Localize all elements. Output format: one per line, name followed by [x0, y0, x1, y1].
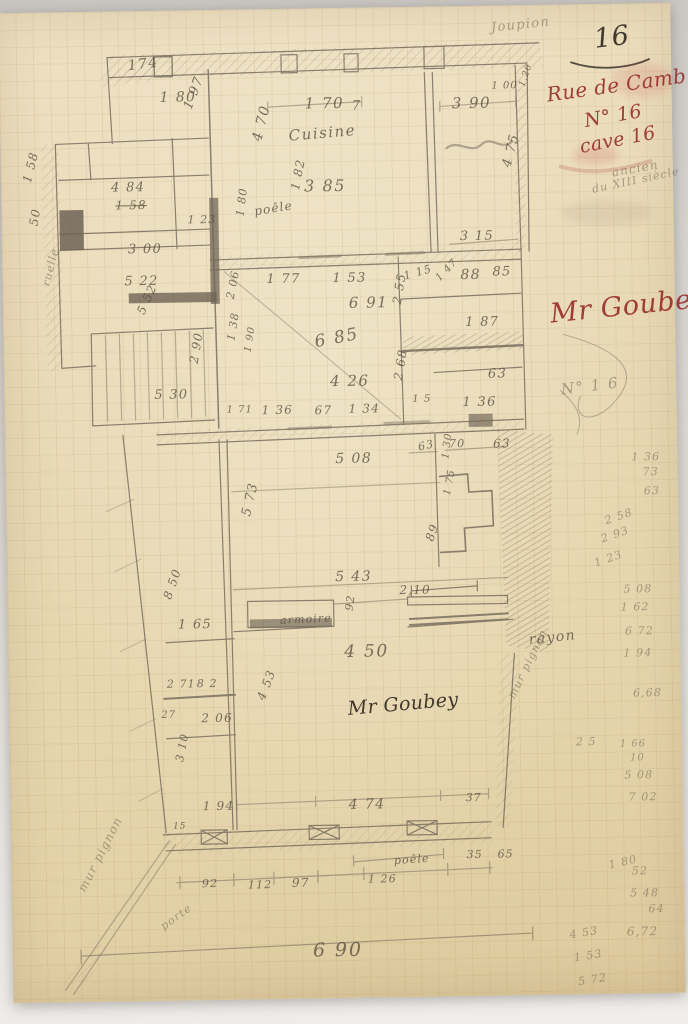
plan_measurements-label: 5 08 [335, 452, 372, 467]
plan_measurements-label: 1 5 [412, 395, 431, 405]
plan_measurements-label: 3 10 [174, 732, 190, 762]
plan_measurements-label: 1 30 [441, 432, 454, 459]
margin_calcs-label: 73 [642, 466, 658, 477]
margin_calcs-label: 52 [632, 865, 648, 876]
plan_measurements-label: 67 [314, 404, 332, 416]
plan_measurements-label: 4 53 [255, 668, 278, 702]
plan_measurements-label: 1 15 [402, 263, 433, 281]
plan_measurements-label: 174 [127, 56, 159, 74]
plan_measurements-label: 88 [460, 268, 481, 282]
plan_measurements-label: 7 [352, 100, 362, 113]
plan_measurements-label: 50 [28, 207, 43, 226]
plan_measurements-label: 2 90 [188, 331, 205, 364]
plan_measurements-label: 3 00 [128, 243, 162, 257]
margin_calcs-label: 7 02 [629, 791, 658, 802]
plan_measurements-label: 65 [497, 848, 513, 859]
plan_measurements-label: 1 77 [266, 273, 300, 287]
plan_measurements-label: 6 90 [313, 941, 363, 961]
top-pencil-note: Joupion [490, 16, 550, 35]
plan_measurements-label: 1 58 [115, 199, 147, 211]
plan-annotations-layer: Joupion16Rue de CambN° 16cave 16anciendu… [0, 3, 686, 1003]
plan_measurements-label: 63 [488, 367, 507, 380]
plan_measurements-label: 63 [493, 437, 511, 449]
plan_measurements-label: 5 30 [154, 388, 188, 402]
plan_measurements-label: 1 97 [182, 75, 206, 112]
margin_calcs-label: 5 08 [623, 583, 652, 594]
margin_calcs-label: 10 [630, 753, 645, 763]
plan_measurements-label: 1 47 [434, 258, 459, 284]
plan_measurements-label: 1 36 [261, 404, 293, 416]
door-label: porte [159, 902, 194, 932]
plan_measurements-label: 1 70 [305, 96, 345, 112]
plan_measurements-label: 3 90 [452, 96, 492, 112]
plan_measurements-label: 4 26 [330, 374, 370, 390]
street-name-note: Rue de Camb [545, 65, 687, 104]
margin_calcs-label: 5 48 [630, 887, 659, 898]
plan_measurements-label: 1 34 [348, 402, 380, 414]
stove-label: poêle [253, 199, 293, 217]
plan_measurements-label: 2 06 [201, 712, 233, 724]
plan_measurements-label: 89 [424, 522, 441, 543]
margin_calcs-label: 64 [648, 903, 664, 914]
plan_measurements-label: 1 80 [234, 187, 248, 217]
plan_measurements-label: 5 43 [335, 570, 372, 585]
plan_measurements-label: 37 [466, 792, 482, 803]
plan_measurements-label: 1 90 [244, 326, 258, 354]
plan_measurements-label: 85 [492, 265, 511, 278]
gable-wall-label-left: mur pignon [76, 815, 124, 894]
plan_measurements-label: 3 15 [460, 230, 494, 244]
margin_calcs-label: 6,72 [627, 925, 659, 937]
plan_measurements-label: 1 75 [443, 469, 458, 497]
plan_measurements-label: 2,10 [399, 584, 431, 596]
plan_measurements-label: 2 71 [167, 678, 196, 689]
plan_measurements-label: 2 68 [392, 348, 409, 381]
margin_calcs-label: 1 36 [631, 451, 660, 462]
owner-name-note: Mr Goube [549, 286, 688, 327]
margin_calcs-label: 1 62 [621, 601, 650, 612]
page-number: 16 [593, 22, 631, 53]
plan_measurements-label: 92 [344, 594, 357, 611]
margin_calcs-label: 5 72 [577, 972, 607, 987]
margin_calcs-label: 6 72 [625, 625, 654, 636]
plan_measurements-label: 6 91 [349, 295, 389, 311]
margin_calcs-label: 2 93 [600, 525, 631, 545]
margin_calcs-label: 1 66 [620, 739, 646, 749]
plan_measurements-label: 4 84 [111, 181, 145, 195]
margin_calcs-label: 4 53 [569, 925, 599, 940]
plan_texts-label: ruelle [41, 247, 61, 288]
margin_calcs-label: 2 5 [576, 736, 597, 747]
plan_measurements-label: 4 70 [250, 104, 273, 143]
plan_measurements-label: 1 65 [178, 618, 212, 632]
margin_calcs-label: 1 23 [593, 549, 624, 569]
plan_measurements-label: 1 23 [187, 214, 216, 225]
plan_measurements-label: 1 38 [225, 311, 240, 341]
plan_measurements-label: 4 75 [501, 132, 522, 168]
room-label-kitchen: Cuisine [288, 123, 357, 144]
plan_measurements-label: 92 [202, 878, 218, 889]
plan_measurements-label: 3 85 [304, 178, 346, 195]
margin_calcs-label: 2 58 [603, 507, 634, 527]
margin_calcs-label: 5 08 [624, 769, 653, 780]
plan_measurements-label: 35 [466, 849, 482, 860]
margin_calcs-label: 6,68 [633, 687, 662, 698]
plan_measurements-label: 8 2 [197, 678, 218, 689]
stove-label-bottom: poêle [394, 853, 430, 866]
plan_measurements-label: 6 85 [313, 326, 360, 351]
margin_calcs-label: 1 94 [623, 647, 652, 658]
plan_measurements-label: 8 50 [161, 567, 183, 601]
plan_measurements-label: 1 00 [491, 81, 517, 91]
plan_measurements-label: 1 53 [332, 272, 366, 286]
plan_measurements-label: 1 71 [226, 405, 252, 415]
corner-label: N° 1 6 [560, 376, 620, 398]
plan_measurements-label: 1 36 [462, 396, 496, 410]
plan_measurements-label: 15 [173, 822, 186, 831]
plan_measurements-label: 5 73 [240, 481, 260, 517]
plan_measurements-label: 112 [248, 879, 272, 890]
owner-signature: Mr Goubey [347, 690, 459, 718]
plan_measurements-label: 63 [417, 438, 435, 452]
paper-sheet: Joupion16Rue de CambN° 16cave 16anciendu… [0, 3, 686, 1003]
plan_measurements-label: 1,20 [518, 63, 534, 88]
margin_calcs-label: 63 [644, 485, 660, 496]
margin_calcs-label: 1 53 [573, 948, 603, 963]
plan_measurements-label: 2 06 [225, 269, 241, 299]
plan_measurements-label: 1 58 [21, 150, 40, 184]
plan_measurements-label: 97 [292, 877, 310, 889]
plan_measurements-label: 1 94 [203, 800, 235, 812]
plan_measurements-label: 27 [161, 711, 176, 721]
plan_measurements-label: 1 87 [465, 316, 499, 330]
plan_measurements-label: 4 50 [344, 643, 389, 661]
plan_measurements-label: 4 74 [349, 797, 386, 812]
scanned-plan-photo: { "document": { "description": "Hand-dra… [0, 0, 688, 1024]
wardrobe-label: armoire [280, 612, 332, 626]
plan_measurements-label: 1 26 [368, 873, 397, 884]
